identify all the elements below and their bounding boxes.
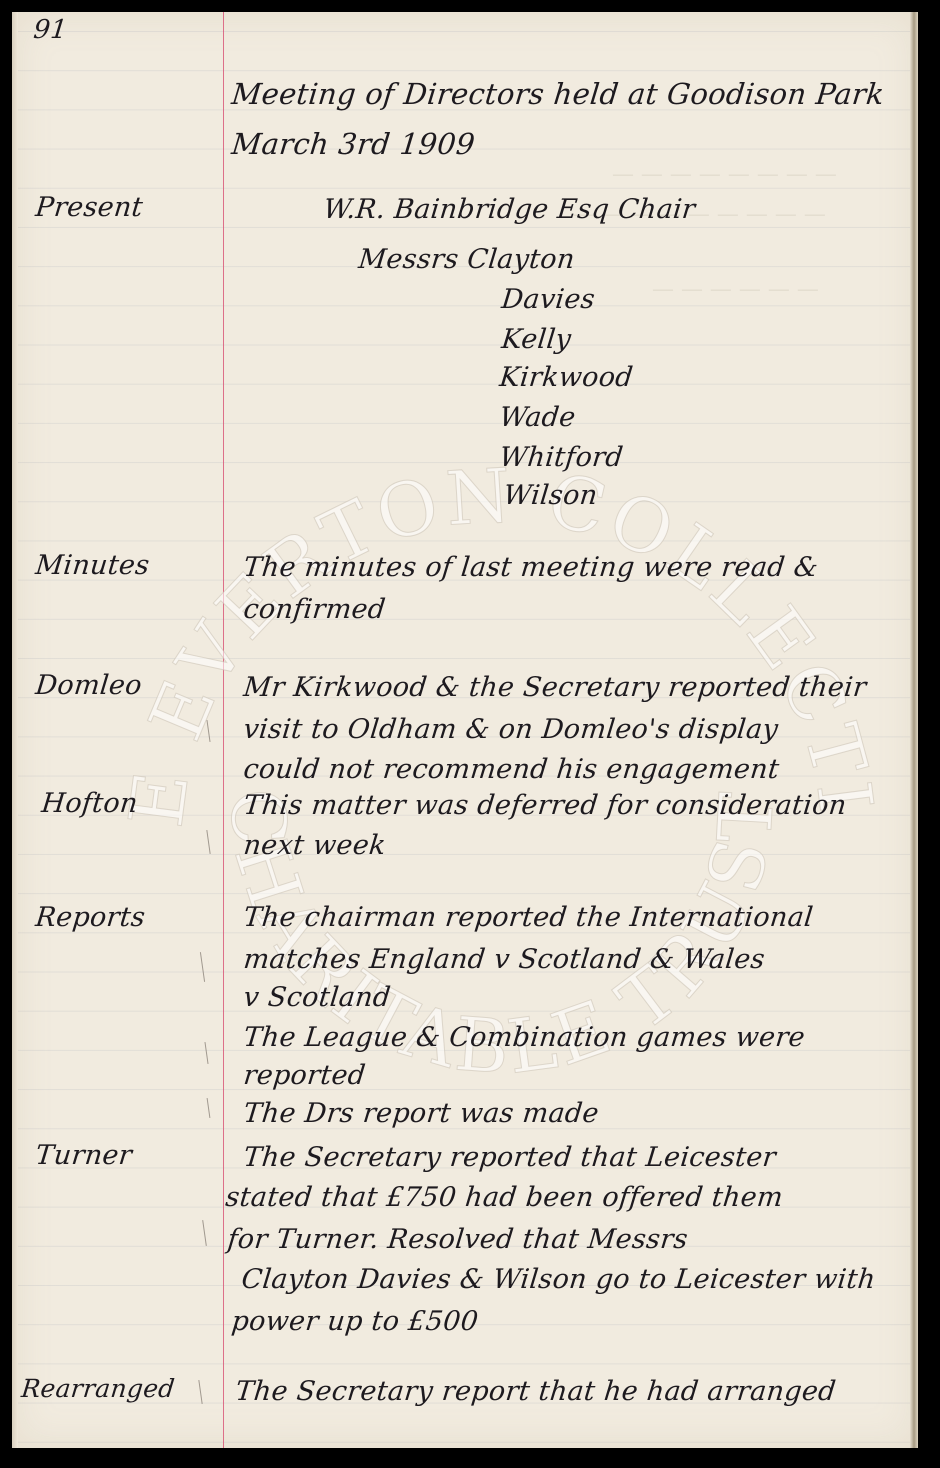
margin-label-domleo: Domleo bbox=[34, 670, 143, 701]
minute-text: matches England v Scotland & Wales bbox=[242, 944, 766, 975]
minute-text: The Secretary report that he had arrange… bbox=[234, 1376, 837, 1407]
minute-text: This matter was deferred for considerati… bbox=[242, 790, 848, 821]
minute-text: Mr Kirkwood & the Secretary reported the… bbox=[242, 672, 868, 703]
attendee: Davies bbox=[500, 284, 597, 315]
page-right-edge bbox=[910, 12, 918, 1448]
margin-label-rearranged: Rearranged bbox=[20, 1374, 176, 1403]
minute-text: next week bbox=[242, 830, 387, 861]
page-left-edge bbox=[12, 12, 18, 1448]
bleed-through-text: — — — — — — bbox=[651, 277, 821, 302]
minute-text: could not recommend his engagement bbox=[242, 754, 781, 785]
minute-text: visit to Oldham & on Domleo's display bbox=[242, 714, 780, 745]
margin-label-turner: Turner bbox=[34, 1140, 134, 1171]
minute-text: v Scotland bbox=[242, 982, 392, 1013]
meeting-date: March 3rd 1909 bbox=[230, 127, 477, 161]
minute-text: Clayton Davies & Wilson go to Leicester … bbox=[240, 1264, 877, 1295]
ledger-page: — — — — — — — — — — — — — — — — — — — — … bbox=[12, 12, 918, 1448]
check-tick-mark bbox=[206, 830, 210, 854]
minute-text: The minutes of last meeting were read & bbox=[242, 552, 820, 583]
minute-text: reported bbox=[242, 1060, 367, 1091]
attendee: Kelly bbox=[500, 324, 573, 355]
margin-label-present: Present bbox=[34, 192, 144, 223]
red-margin-rule bbox=[223, 12, 224, 1448]
page-number: 91 bbox=[32, 15, 69, 45]
attendee: Kirkwood bbox=[498, 362, 635, 393]
attendee: Wilson bbox=[502, 480, 599, 511]
meeting-title: Meeting of Directors held at Goodison Pa… bbox=[230, 77, 886, 111]
minute-text: stated that £750 had been offered them bbox=[224, 1182, 785, 1213]
attendee: Wade bbox=[498, 402, 577, 433]
attendee-chair: W.R. Bainbridge Esq Chair bbox=[322, 194, 697, 225]
minute-text: The Drs report was made bbox=[242, 1098, 600, 1129]
margin-label-minutes: Minutes bbox=[34, 550, 151, 581]
minute-text: power up to £500 bbox=[230, 1306, 480, 1337]
check-tick-mark bbox=[204, 1042, 208, 1064]
margin-label-reports: Reports bbox=[34, 902, 147, 933]
minute-text: The Secretary reported that Leicester bbox=[242, 1142, 778, 1173]
check-tick-mark bbox=[206, 720, 210, 742]
minute-text: for Turner. Resolved that Messrs bbox=[226, 1224, 689, 1255]
attendee: Whitford bbox=[498, 442, 625, 473]
minute-text: The League & Combination games were bbox=[242, 1022, 807, 1053]
bleed-through-text: — — — — — — — — bbox=[611, 162, 839, 187]
margin-label-hofton: Hofton bbox=[40, 788, 139, 819]
check-tick-mark bbox=[202, 1220, 207, 1246]
minute-text: confirmed bbox=[242, 594, 387, 625]
check-tick-mark bbox=[200, 952, 205, 982]
check-tick-mark bbox=[207, 1098, 211, 1118]
attendee-messrs: Messrs Clayton bbox=[357, 244, 576, 275]
minute-text: The chairman reported the International bbox=[242, 902, 815, 933]
check-tick-mark bbox=[198, 1380, 202, 1404]
